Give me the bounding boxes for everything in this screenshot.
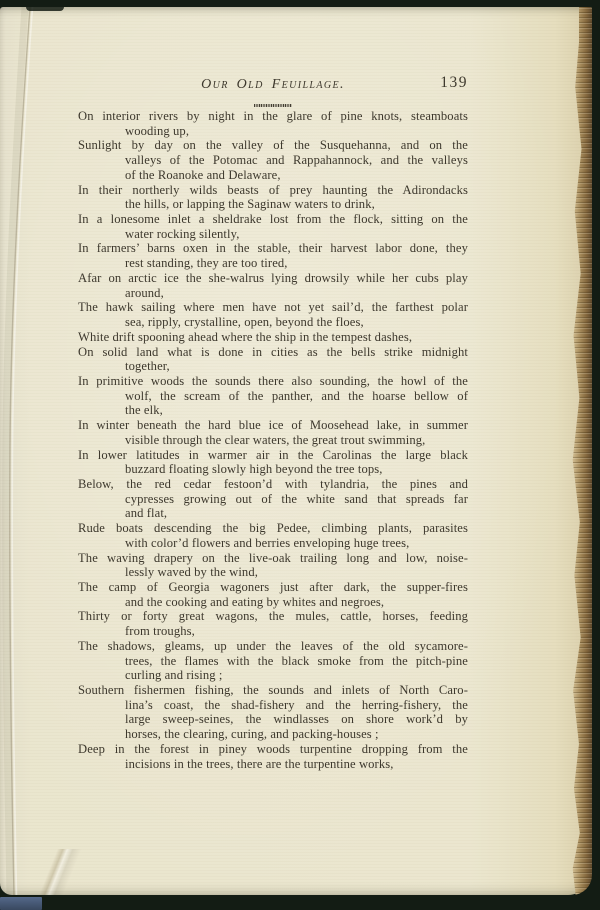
poem-line: Sunlight by day on the valley of the Sus… bbox=[78, 138, 468, 153]
top-edge-notch bbox=[26, 7, 64, 11]
poem-line: lessly waved by the wind, bbox=[78, 565, 468, 580]
poem-line: of the Roanoke and Delaware, bbox=[78, 168, 468, 183]
running-head: Our Old Feuillage. 139 bbox=[78, 71, 468, 101]
poem-line: incisions in the trees, there are the tu… bbox=[78, 757, 468, 772]
poem-line: Deep in the forest in piney woods turpen… bbox=[78, 742, 468, 757]
poem-line: rest standing, they are too tired, bbox=[78, 256, 468, 271]
poem-line: the elk, bbox=[78, 403, 468, 418]
poem-line: Afar on arctic ice the she-walrus lying … bbox=[78, 271, 468, 286]
poem-line: The waving drapery on the live-oak trail… bbox=[78, 551, 468, 566]
book-page: Our Old Feuillage. 139 On interior river… bbox=[0, 7, 592, 895]
poem-line: horses, the clearing, curing, and packin… bbox=[78, 727, 468, 742]
poem-line: The hawk sailing where men have not yet … bbox=[78, 300, 468, 315]
poem-line: water rocking silently, bbox=[78, 227, 468, 242]
poem-line: and flat, bbox=[78, 506, 468, 521]
poem-line: curling and rising ; bbox=[78, 668, 468, 683]
poem-line: buzzard floating slowly high beyond the … bbox=[78, 462, 468, 477]
scanned-book-photo: Our Old Feuillage. 139 On interior river… bbox=[0, 0, 600, 910]
dotted-rule bbox=[254, 104, 292, 107]
dotted-rule-divider bbox=[78, 104, 468, 108]
poem-line: In winter beneath the hard blue ice of M… bbox=[78, 418, 468, 433]
poem-line: On interior rivers by night in the glare… bbox=[78, 109, 468, 124]
poem-line: In farmers’ barns oxen in the stable, th… bbox=[78, 241, 468, 256]
poem-line: On solid land what is done in cities as … bbox=[78, 345, 468, 360]
deckle-page-edges bbox=[571, 7, 592, 895]
poem: On interior rivers by night in the glare… bbox=[78, 109, 468, 771]
poem-line: cypresses growing out of the white sand … bbox=[78, 492, 468, 507]
poem-line: White drift spooning ahead where the shi… bbox=[78, 330, 468, 345]
poem-line: In their northerly wilds beasts of prey … bbox=[78, 183, 468, 198]
binding-cloth-patch bbox=[0, 897, 42, 910]
poem-line: lina’s coast, the shad-fishery and the h… bbox=[78, 698, 468, 713]
poem-line: The shadows, gleams, up under the leaves… bbox=[78, 639, 468, 654]
poem-line: Rude boats descending the big Pedee, cli… bbox=[78, 521, 468, 536]
poem-line: visible through the clear waters, the gr… bbox=[78, 433, 468, 448]
poem-line: wooding up, bbox=[78, 124, 468, 139]
poem-line: In a lonesome inlet a sheldrake lost fro… bbox=[78, 212, 468, 227]
poem-line: Below, the red cedar festoon’d with tyla… bbox=[78, 477, 468, 492]
poem-line: The camp of Georgia wagoners just after … bbox=[78, 580, 468, 595]
page-number: 139 bbox=[440, 74, 468, 92]
poem-line: Southern fishermen fishing, the sounds a… bbox=[78, 683, 468, 698]
running-head-title: Our Old Feuillage. bbox=[78, 77, 468, 93]
poem-line: sea, ripply, crystalline, open, beyond t… bbox=[78, 315, 468, 330]
curled-corner bbox=[0, 849, 92, 895]
poem-line: the hills, or lapping the Saginaw waters… bbox=[78, 197, 468, 212]
poem-line: large sweep-seines, the windlasses on sh… bbox=[78, 712, 468, 727]
poem-line: with color’d flowers and berries envelop… bbox=[78, 536, 468, 551]
poem-line: In primitive woods the sounds there also… bbox=[78, 374, 468, 389]
poem-line: trees, the flames with the black smoke f… bbox=[78, 654, 468, 669]
poem-line: In lower latitudes in warmer air in the … bbox=[78, 448, 468, 463]
poem-line: from troughs, bbox=[78, 624, 468, 639]
poem-line: together, bbox=[78, 359, 468, 374]
poem-line: and the cooking and eating by whites and… bbox=[78, 595, 468, 610]
poem-line: wolf, the scream of the panther, and the… bbox=[78, 389, 468, 404]
poem-line: around, bbox=[78, 286, 468, 301]
poem-line: Thirty or forty great wagons, the mules,… bbox=[78, 609, 468, 624]
poem-line: valleys of the Potomac and Rappahannock,… bbox=[78, 153, 468, 168]
